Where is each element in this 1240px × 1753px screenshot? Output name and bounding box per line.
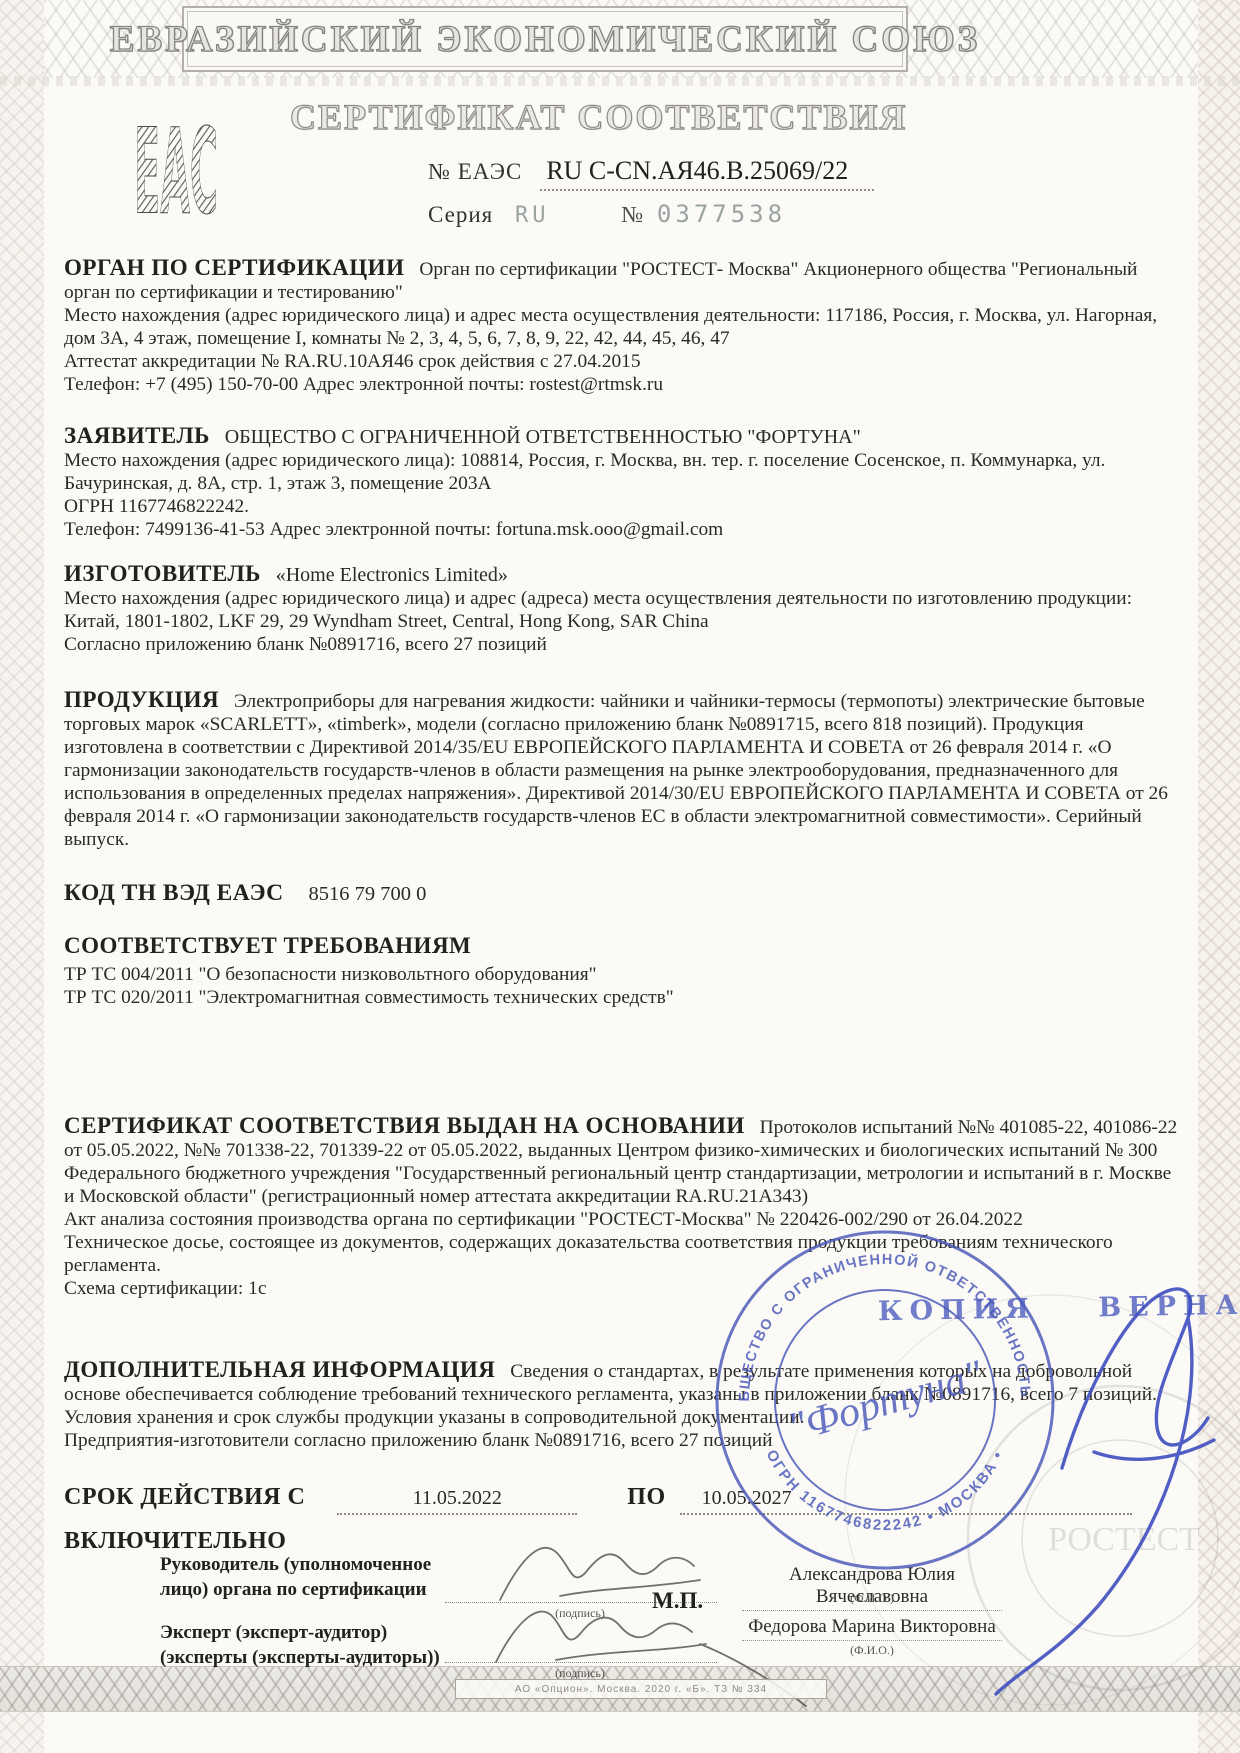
basis-production-act: Акт анализа состояния производства орган… <box>64 1208 1180 1231</box>
validity-inclusive: ВКЛЮЧИТЕЛЬНО <box>64 1528 286 1555</box>
section-tnved: КОД ТН ВЭД ЕАЭС 8516 79 700 0 <box>64 882 1180 906</box>
expert-signer-label: Эксперт (эксперт-аудитор) (эксперты (экс… <box>160 1620 460 1670</box>
guilloche-border-right <box>1198 0 1240 1753</box>
union-banner: ЕВРАЗИЙСКИЙ ЭКОНОМИЧЕСКИЙ СОЮЗ <box>182 6 908 72</box>
series-row: Серия RU № 0377538 <box>428 200 786 228</box>
expert-signature-line <box>445 1640 717 1663</box>
tnved-code: 8516 79 700 0 <box>308 883 426 905</box>
certificate-page: ЕВРАЗИЙСКИЙ ЭКОНОМИЧЕСКИЙ СОЮЗ ЕАС СЕРТИ… <box>0 0 1240 1753</box>
basis-technical-file: Техническое досье, состоящее из документ… <box>64 1231 1180 1277</box>
section-manufacturer: ИЗГОТОВИТЕЛЬ «Home Electronics Limited» … <box>64 562 1180 656</box>
applicant-ogrn: ОГРН 1167746822242. <box>64 495 1180 518</box>
section-header: ИЗГОТОВИТЕЛЬ <box>64 561 261 586</box>
guilloche-border-left <box>0 0 44 1753</box>
certificate-number-label: № ЕАЭС <box>428 159 522 184</box>
manufacturer-annex: Согласно приложению бланк №0891716, всег… <box>64 633 1180 656</box>
section-certification-body: ОРГАН ПО СЕРТИФИКАЦИИ Орган по сертифика… <box>64 256 1180 396</box>
section-header: ПРОДУКЦИЯ <box>64 687 219 712</box>
section-requirements: СООТВЕТСТВУЕТ ТРЕБОВАНИЯМ ТР ТС 004/2011… <box>64 934 1180 1009</box>
rostest-faint-text: РОСТЕСТ <box>1048 1521 1200 1558</box>
applicant-phone: Телефон: 7499136-41-53 Адрес электронной… <box>64 518 1180 541</box>
blank-number-label: № <box>621 202 643 227</box>
section-product: ПРОДУКЦИЯ Электроприборы для нагревания … <box>64 688 1180 851</box>
section-header: ОРГАН ПО СЕРТИФИКАЦИИ <box>64 255 404 280</box>
certificate-number-row: № ЕАЭС RU С-CN.АЯ46.В.25069/22 <box>428 156 874 191</box>
head-signature-caption: (подпись) <box>505 1606 655 1621</box>
section-applicant: ЗАЯВИТЕЛЬ ОБЩЕСТВО С ОГРАНИЧЕННОЙ ОТВЕТС… <box>64 424 1180 541</box>
union-banner-text: ЕВРАЗИЙСКИЙ ЭКОНОМИЧЕСКИЙ СОЮЗ <box>110 18 980 61</box>
section-validity: СРОК ДЕЙСТВИЯ С 11.05.2022 ПО 10.05.2027 <box>64 1484 1180 1515</box>
requirement-tr-ts-004: ТР ТС 004/2011 "О безопасности низковоль… <box>64 963 1180 986</box>
series-value: RU <box>515 203 550 228</box>
printing-house-imprint: АО «Опцион». Москва. 2020 г. «Б». ТЗ № 3… <box>455 1679 827 1699</box>
certification-body-address: Место нахождения (адрес юридического лиц… <box>64 304 1180 350</box>
requirement-tr-ts-020: ТР ТС 020/2011 "Электромагнитная совмест… <box>64 986 1180 1009</box>
validity-to-label: ПО <box>627 1484 665 1510</box>
applicant-address: Место нахождения (адрес юридического лиц… <box>64 449 1180 495</box>
expert-fio-caption: (Ф.И.О.) <box>742 1643 1002 1658</box>
copy-verified-stamp: КОПИЯ ВЕРНА <box>878 1290 1240 1327</box>
eac-logo-text: ЕАС <box>134 118 218 218</box>
manufacturer-name: «Home Electronics Limited» <box>276 564 508 586</box>
validity-to-date: 10.05.2027 <box>680 1487 1132 1515</box>
manufacturer-address: Место нахождения (адрес юридического лиц… <box>64 587 1180 633</box>
blank-number-value: 0377538 <box>657 200 786 228</box>
section-basis: СЕРТИФИКАТ СООТВЕТСТВИЯ ВЫДАН НА ОСНОВАН… <box>64 1114 1180 1300</box>
section-additional-info: ДОПОЛНИТЕЛЬНАЯ ИНФОРМАЦИЯ Сведения о ста… <box>64 1358 1180 1452</box>
product-description: Электроприборы для нагревания жидкости: … <box>64 691 1168 850</box>
series-label: Серия <box>428 202 493 227</box>
expert-signer-name: Федорова Марина Викторовна <box>742 1616 1002 1641</box>
seal-place-label: М.П. <box>652 1588 703 1614</box>
certification-body-phone: Телефон: +7 (495) 150-70-00 Адрес электр… <box>64 373 1180 396</box>
head-signer-label: Руководитель (уполномоченное лицо) орган… <box>160 1552 450 1602</box>
certification-body-accreditation: Аттестат аккредитации № RA.RU.10АЯ46 сро… <box>64 350 1180 373</box>
additional-info-manufacturers: Предприятия-изготовители согласно прилож… <box>64 1429 1180 1452</box>
head-fio-caption: (Ф.И.О.) <box>742 1591 1002 1606</box>
section-header: СООТВЕТСТВУЕТ ТРЕБОВАНИЯМ <box>64 933 471 958</box>
ornament-rule <box>0 76 1240 86</box>
section-header: ДОПОЛНИТЕЛЬНАЯ ИНФОРМАЦИЯ <box>64 1357 495 1382</box>
document-title: СЕРТИФИКАТ СООТВЕТСТВИЯ <box>290 96 835 138</box>
certificate-number-value: RU С-CN.АЯ46.В.25069/22 <box>540 156 874 191</box>
section-header: СЕРТИФИКАТ СООТВЕТСТВИЯ ВЫДАН НА ОСНОВАН… <box>64 1113 745 1138</box>
eac-logo: ЕАС <box>134 118 218 218</box>
applicant-name: ОБЩЕСТВО С ОГРАНИЧЕННОЙ ОТВЕТСТВЕННОСТЬЮ… <box>225 426 861 448</box>
section-header: ЗАЯВИТЕЛЬ <box>64 423 210 448</box>
validity-from-date: 11.05.2022 <box>337 1487 577 1515</box>
validity-header: СРОК ДЕЙСТВИЯ С <box>64 1484 305 1510</box>
section-header: КОД ТН ВЭД ЕАЭС <box>64 880 284 906</box>
